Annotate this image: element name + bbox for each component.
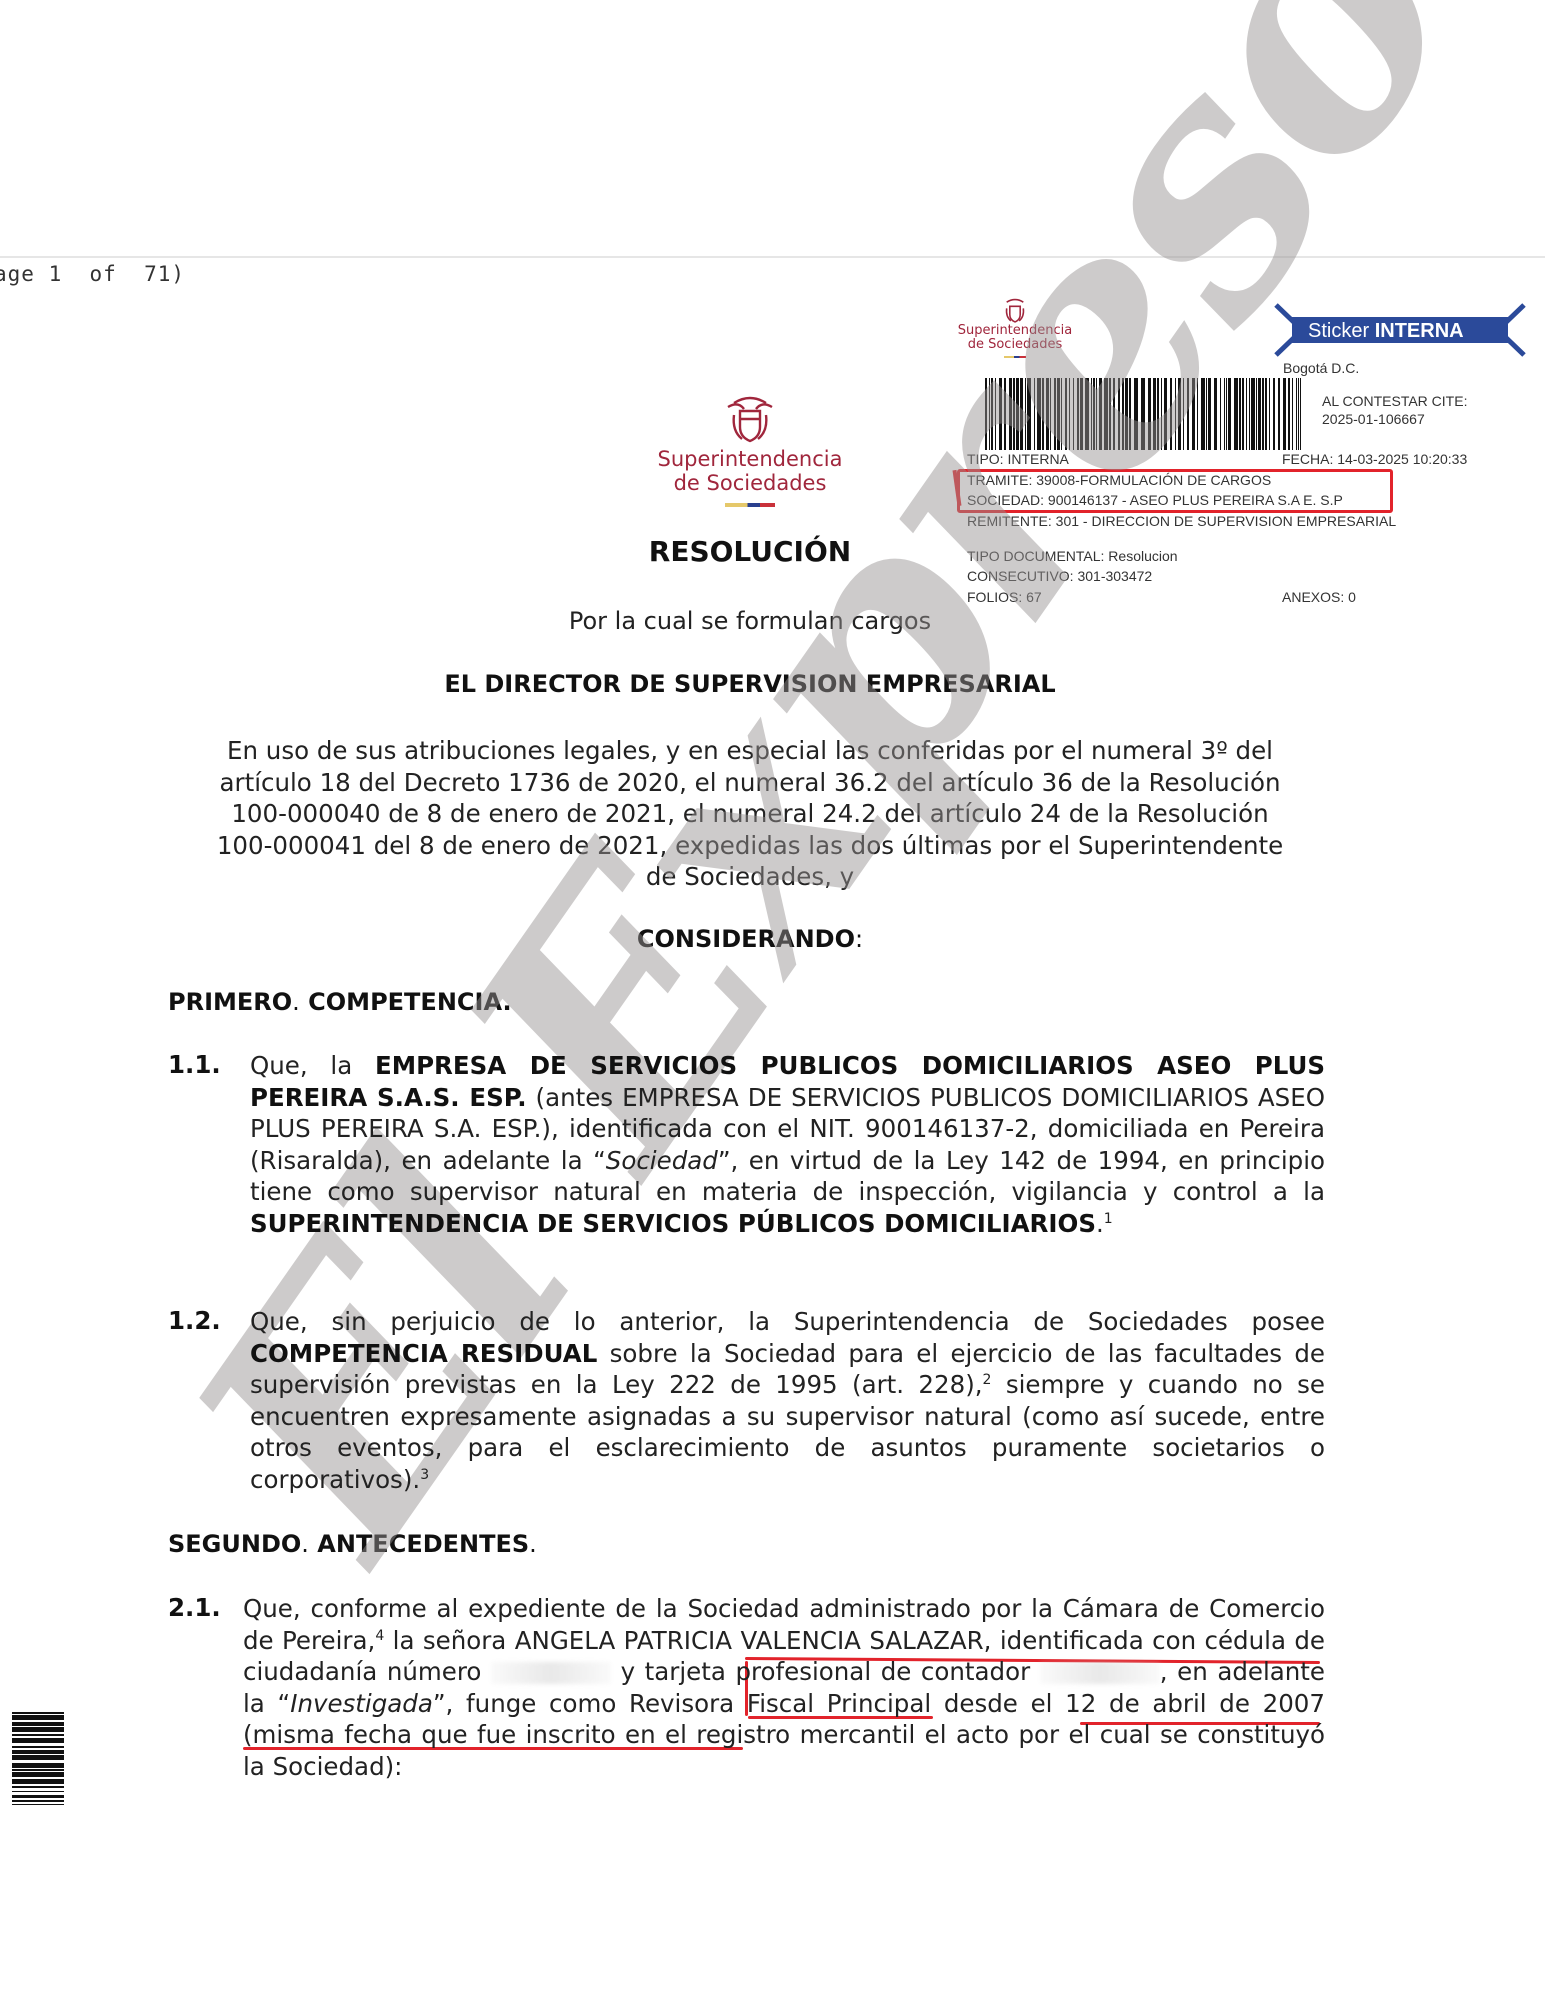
sticker-fecha: FECHA: 14-03-2025 10:20:33	[1282, 451, 1467, 467]
paragraph-1-1: Que, la EMPRESA DE SERVICIOS PUBLICOS DO…	[250, 1050, 1325, 1240]
text: Que, sin perjuicio de lo anterior, la Su…	[250, 1307, 1325, 1336]
paragraph-number: 2.1.	[168, 1593, 221, 1622]
footnote-ref[interactable]: 4	[375, 1627, 384, 1643]
redacted-id-number: 42.117.605	[491, 1662, 611, 1684]
paragraph-2-1: Que, conforme al expediente de la Socied…	[243, 1593, 1325, 1783]
section-number: PRIMERO	[168, 988, 292, 1016]
text: Que, la	[250, 1051, 375, 1080]
side-barcode	[12, 1712, 64, 1807]
footnote-ref[interactable]: 1	[1104, 1211, 1113, 1227]
footnote-ref[interactable]: 3	[420, 1467, 429, 1483]
redacted-license-number: No. 26182-T	[1040, 1662, 1160, 1684]
cite-label: AL CONTESTAR CITE:	[1322, 392, 1467, 410]
text: .	[1096, 1209, 1104, 1238]
agency-name: SUPERINTENDENCIA DE SERVICIOS PÚBLICOS D…	[250, 1209, 1096, 1238]
bold-term: COMPETENCIA RESIDUAL	[250, 1339, 597, 1368]
sticker-anexos: ANEXOS: 0	[1282, 589, 1356, 605]
section-number: SEGUNDO	[168, 1530, 301, 1558]
paragraph-1-2: Que, sin perjuicio de lo anterior, la Su…	[250, 1306, 1325, 1496]
paragraph-number: 1.1.	[168, 1050, 221, 1079]
section-dot: .	[529, 1530, 537, 1558]
defined-term: Investigada	[290, 1689, 433, 1718]
text: y tarjeta profesional de contador	[611, 1657, 1040, 1686]
cite-value: 2025-01-106667	[1322, 410, 1467, 428]
section-dot: .	[292, 988, 300, 1016]
cite-block: AL CONTESTAR CITE: 2025-01-106667	[1322, 392, 1467, 428]
sticker-label-bold: INTERNA	[1375, 320, 1464, 342]
section-dot: .	[301, 1530, 309, 1558]
defined-term: Sociedad	[606, 1146, 718, 1175]
coat-of-arms-icon	[724, 395, 776, 445]
page-indicator: age 1 of 71)	[0, 262, 185, 286]
